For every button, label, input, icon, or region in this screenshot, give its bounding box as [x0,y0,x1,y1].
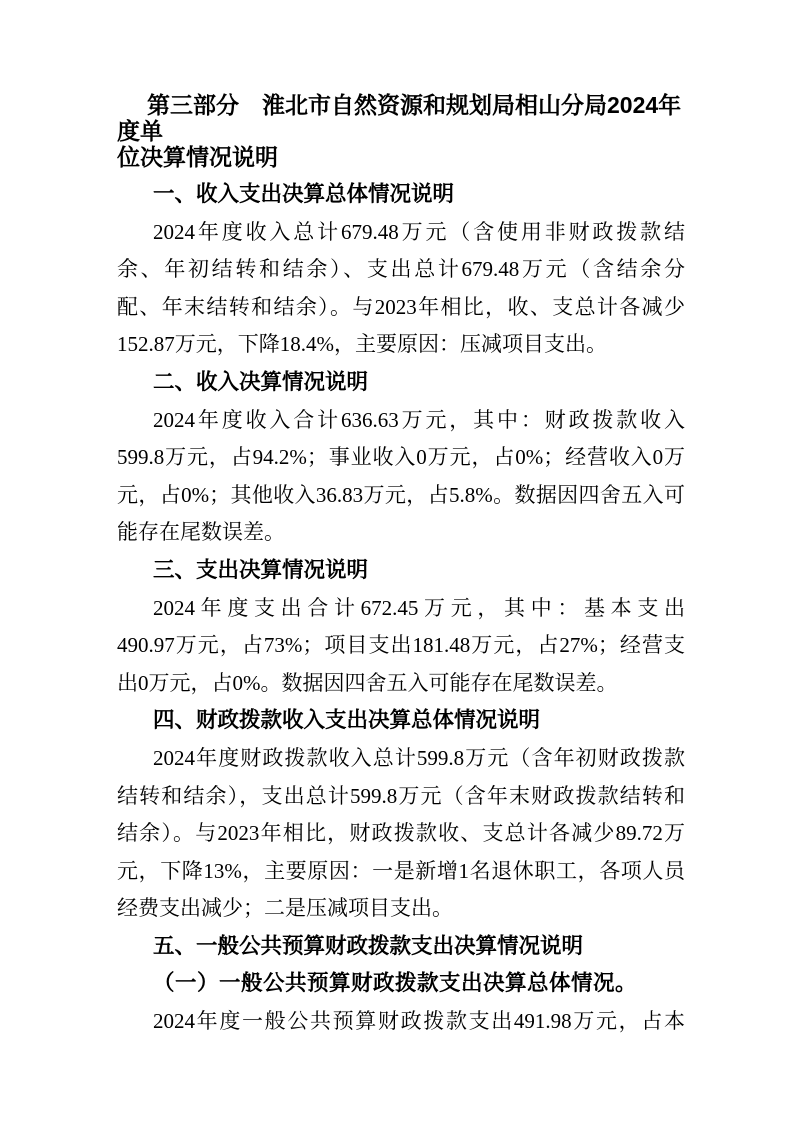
title-line-1: 第三部分 淮北市自然资源和规划局相山分局2024年度单 [117,92,685,144]
paragraph-line: 配、年末结转和结余）。与2023年相比，收、支总计各减少 [117,289,685,327]
section-3-heading: 三、支出决算情况说明 [117,552,685,590]
paragraph-line: 2024年度收入合计636.63万元，其中：财政拨款收入 [117,402,685,440]
paragraph-line: 2024年度一般公共预算财政拨款支出491.98万元，占本 [117,1003,685,1041]
paragraph-line: 元，下降13%，主要原因：一是新增1名退休职工，各项人员 [117,853,685,891]
section-general-public-budget-expenditure: 五、一般公共预算财政拨款支出决算情况说明 （一）一般公共预算财政拨款支出决算总体… [117,928,685,1041]
paragraph-line: 结转和结余），支出总计599.8万元（含年末财政拨款结转和 [117,778,685,816]
paragraph-line: 余、年初结转和结余）、支出总计679.48万元（含结余分 [117,251,685,289]
section-5-heading: 五、一般公共预算财政拨款支出决算情况说明 [117,928,685,966]
section-fiscal-appropriation-overview: 四、财政拨款收入支出决算总体情况说明 2024年度财政拨款收入总计599.8万元… [117,702,685,928]
document-page: 第三部分 淮北市自然资源和规划局相山分局2024年度单 位决算情况说明 一、收入… [0,0,793,1122]
section-expenditure-statement: 三、支出决算情况说明 2024年度支出合计672.45万元，其中：基本支出 49… [117,552,685,702]
section-5-subheading: （一）一般公共预算财政拨款支出决算总体情况。 [117,965,685,1003]
paragraph-line: 2024年度财政拨款收入总计599.8万元（含年初财政拨款 [117,740,685,778]
section-income-statement: 二、收入决算情况说明 2024年度收入合计636.63万元，其中：财政拨款收入 … [117,364,685,552]
title-line-2: 位决算情况说明 [117,144,685,170]
section-1-heading: 一、收入支出决算总体情况说明 [117,176,685,214]
paragraph-line: 经费支出减少；二是压减项目支出。 [117,890,685,928]
paragraph-line: 能存在尾数误差。 [117,514,685,552]
paragraph-line: 元，占0%；其他收入36.83万元，占5.8%。数据因四舍五入可 [117,477,685,515]
paragraph-line: 490.97万元，占73%；项目支出181.48万元，占27%；经营支 [117,627,685,665]
section-4-heading: 四、财政拨款收入支出决算总体情况说明 [117,702,685,740]
paragraph-line: 结余）。与2023年相比，财政拨款收、支总计各减少89.72万 [117,815,685,853]
paragraph-line: 出0万元，占0%。数据因四舍五入可能存在尾数误差。 [117,665,685,703]
paragraph-line: 2024年度支出合计672.45万元，其中：基本支出 [117,590,685,628]
section-2-heading: 二、收入决算情况说明 [117,364,685,402]
section-income-expenditure-overview: 一、收入支出决算总体情况说明 2024年度收入总计679.48万元（含使用非财政… [117,176,685,364]
paragraph-line: 2024年度收入总计679.48万元（含使用非财政拨款结 [117,214,685,252]
paragraph-line: 599.8万元，占94.2%；事业收入0万元，占0%；经营收入0万 [117,439,685,477]
document-body: 第三部分 淮北市自然资源和规划局相山分局2024年度单 位决算情况说明 一、收入… [117,92,685,1041]
document-title: 第三部分 淮北市自然资源和规划局相山分局2024年度单 位决算情况说明 [117,92,685,170]
paragraph-line: 152.87万元，下降18.4%，主要原因：压减项目支出。 [117,326,685,364]
